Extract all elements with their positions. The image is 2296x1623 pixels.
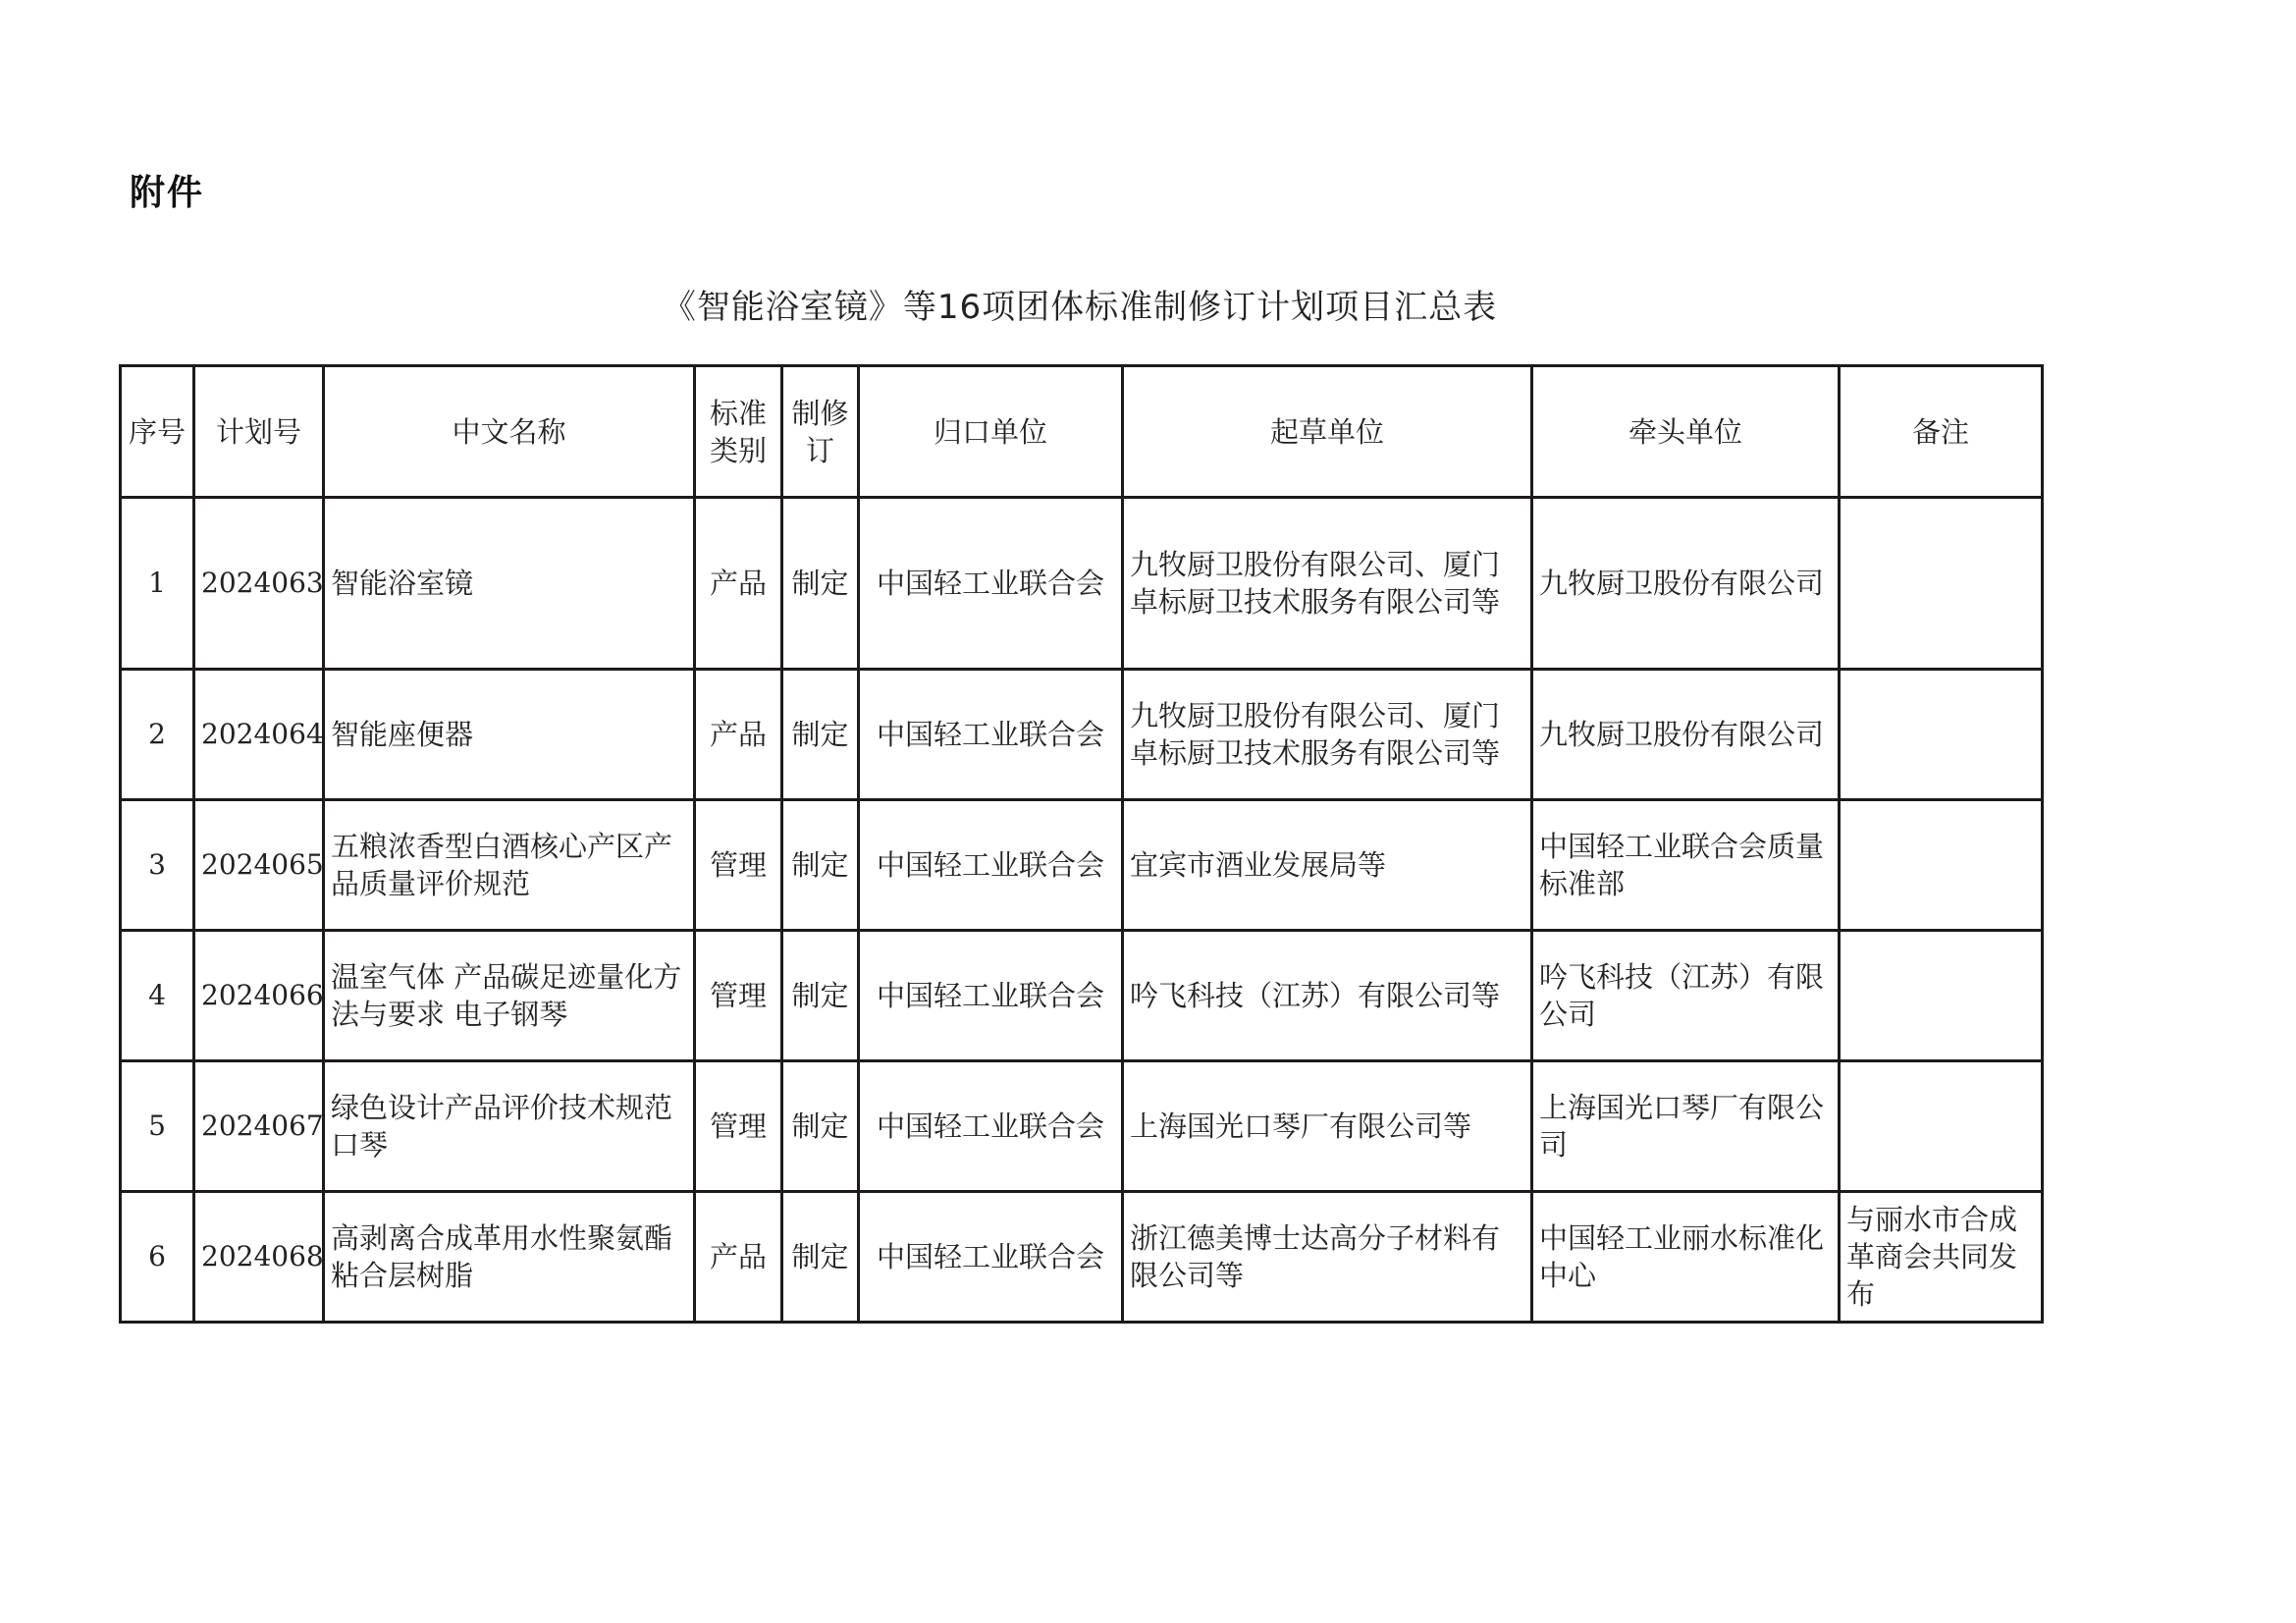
cell-seq: 3: [121, 800, 194, 931]
cell-lead-unit: 上海国光口琴厂有限公司: [1532, 1061, 1840, 1192]
cell-drafting-unit: 九牧厨卫股份有限公司、厦门卓标厨卫技术服务有限公司等: [1123, 670, 1532, 800]
cell-drafting-unit: 上海国光口琴厂有限公司等: [1123, 1061, 1532, 1192]
cell-drafting-unit: 吟飞科技（江苏）有限公司等: [1123, 931, 1532, 1061]
cell-remarks: [1840, 1061, 2043, 1192]
cell-name-cn: 智能座便器: [324, 670, 695, 800]
cell-std-type: 产品: [695, 670, 782, 800]
cell-revision: 制定: [782, 670, 859, 800]
cell-revision: 制定: [782, 498, 859, 670]
table-header-row: 序号 计划号 中文名称 标准 类别 制修 订 归口单位 起草单位 牵头单位 备注: [121, 366, 2043, 498]
cell-std-type: 产品: [695, 1192, 782, 1323]
header-std-type-line1: 标准: [710, 397, 767, 430]
cell-lead-unit: 吟飞科技（江苏）有限公司: [1532, 931, 1840, 1061]
cell-std-type: 管理: [695, 800, 782, 931]
cell-seq: 6: [121, 1192, 194, 1323]
header-std-type: 标准 类别: [695, 366, 782, 498]
header-std-type-line2: 类别: [710, 434, 767, 467]
cell-remarks: [1840, 800, 2043, 931]
header-remarks: 备注: [1840, 366, 2043, 498]
cell-revision: 制定: [782, 800, 859, 931]
table-row: 1 2024063 智能浴室镜 产品 制定 中国轻工业联合会 九牧厨卫股份有限公…: [121, 498, 2043, 670]
header-revision-line1: 制修: [791, 397, 848, 430]
cell-std-type: 管理: [695, 1061, 782, 1192]
cell-centralized-unit: 中国轻工业联合会: [859, 1192, 1123, 1323]
cell-lead-unit: 九牧厨卫股份有限公司: [1532, 498, 1840, 670]
cell-plan-no: 2024063: [194, 498, 324, 670]
cell-name-cn: 高剥离合成革用水性聚氨酯粘合层树脂: [324, 1192, 695, 1323]
cell-centralized-unit: 中国轻工业联合会: [859, 931, 1123, 1061]
cell-plan-no: 2024064: [194, 670, 324, 800]
cell-plan-no: 2024068: [194, 1192, 324, 1323]
header-plan-no: 计划号: [194, 366, 324, 498]
cell-seq: 1: [121, 498, 194, 670]
cell-remarks: [1840, 498, 2043, 670]
cell-name-cn: 绿色设计产品评价技术规范 口琴: [324, 1061, 695, 1192]
cell-remarks: 与丽水市合成革商会共同发布: [1840, 1192, 2043, 1323]
cell-remarks: [1840, 931, 2043, 1061]
document-title: 《智能浴室镜》等16项团体标准制修订计划项目汇总表: [589, 280, 1571, 328]
cell-name-cn: 五粮浓香型白酒核心产区产品质量评价规范: [324, 800, 695, 931]
cell-plan-no: 2024067: [194, 1061, 324, 1192]
header-centralized-unit: 归口单位: [859, 366, 1123, 498]
cell-remarks: [1840, 670, 2043, 800]
header-revision: 制修 订: [782, 366, 859, 498]
header-name-cn: 中文名称: [324, 366, 695, 498]
cell-lead-unit: 中国轻工业丽水标准化中心: [1532, 1192, 1840, 1323]
cell-centralized-unit: 中国轻工业联合会: [859, 670, 1123, 800]
attachment-label: 附件: [130, 165, 204, 215]
cell-seq: 2: [121, 670, 194, 800]
cell-std-type: 管理: [695, 931, 782, 1061]
cell-centralized-unit: 中国轻工业联合会: [859, 800, 1123, 931]
cell-name-cn: 温室气体 产品碳足迹量化方法与要求 电子钢琴: [324, 931, 695, 1061]
cell-plan-no: 2024065: [194, 800, 324, 931]
cell-name-cn: 智能浴室镜: [324, 498, 695, 670]
cell-revision: 制定: [782, 1192, 859, 1323]
cell-plan-no: 2024066: [194, 931, 324, 1061]
cell-revision: 制定: [782, 1061, 859, 1192]
cell-seq: 4: [121, 931, 194, 1061]
cell-centralized-unit: 中国轻工业联合会: [859, 1061, 1123, 1192]
cell-drafting-unit: 九牧厨卫股份有限公司、厦门卓标厨卫技术服务有限公司等: [1123, 498, 1532, 670]
header-lead-unit: 牵头单位: [1532, 366, 1840, 498]
cell-std-type: 产品: [695, 498, 782, 670]
table-row: 3 2024065 五粮浓香型白酒核心产区产品质量评价规范 管理 制定 中国轻工…: [121, 800, 2043, 931]
standards-plan-table: 序号 计划号 中文名称 标准 类别 制修 订 归口单位 起草单位 牵头单位 备注…: [119, 364, 2044, 1324]
cell-revision: 制定: [782, 931, 859, 1061]
table-row: 2 2024064 智能座便器 产品 制定 中国轻工业联合会 九牧厨卫股份有限公…: [121, 670, 2043, 800]
header-seq: 序号: [121, 366, 194, 498]
header-revision-line2: 订: [806, 434, 834, 467]
header-drafting-unit: 起草单位: [1123, 366, 1532, 498]
cell-centralized-unit: 中国轻工业联合会: [859, 498, 1123, 670]
table-row: 5 2024067 绿色设计产品评价技术规范 口琴 管理 制定 中国轻工业联合会…: [121, 1061, 2043, 1192]
table-row: 4 2024066 温室气体 产品碳足迹量化方法与要求 电子钢琴 管理 制定 中…: [121, 931, 2043, 1061]
table-row: 6 2024068 高剥离合成革用水性聚氨酯粘合层树脂 产品 制定 中国轻工业联…: [121, 1192, 2043, 1323]
cell-drafting-unit: 宜宾市酒业发展局等: [1123, 800, 1532, 931]
cell-drafting-unit: 浙江德美博士达高分子材料有限公司等: [1123, 1192, 1532, 1323]
cell-lead-unit: 中国轻工业联合会质量标准部: [1532, 800, 1840, 931]
cell-seq: 5: [121, 1061, 194, 1192]
cell-lead-unit: 九牧厨卫股份有限公司: [1532, 670, 1840, 800]
